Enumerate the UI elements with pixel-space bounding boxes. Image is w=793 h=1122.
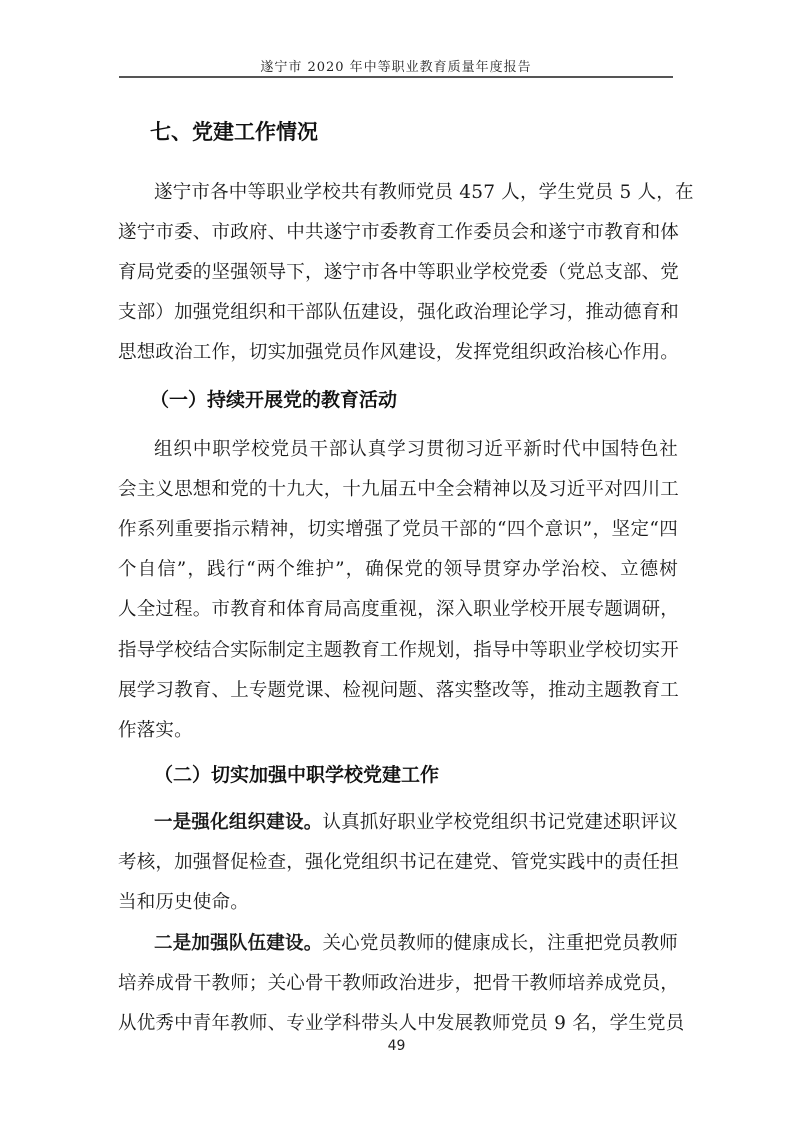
paragraph-line: 展学习教育、上专题党课、检视问题、落实整改等，推动主题教育工 — [118, 676, 678, 702]
paragraph-line: 遂宁市各中等职业学校共有教师党员 457 人，学生党员 5 人，在 — [154, 178, 678, 204]
subsection-title-2: （二）切实加强中职学校党建工作 — [154, 760, 439, 787]
item1-lead: 一是强化组织建设。 — [154, 812, 322, 833]
header-rule — [119, 76, 673, 78]
item1-text: 认真抓好职业学校党组织书记党建述职评议 — [322, 812, 678, 833]
paragraph-line: 人全过程。市教育和体育局高度重视，深入职业学校开展专题调研， — [118, 595, 678, 621]
paragraph-line: 培养成骨干教师；关心骨干教师政治进步，把骨干教师培养成党员， — [118, 969, 678, 995]
paragraph-line: 从优秀中青年教师、专业学科带头人中发展教师党员 9 名，学生党员 — [118, 1009, 678, 1035]
paragraph-line-item1: 一是强化组织建设。认真抓好职业学校党组织书记党建述职评议 — [154, 808, 678, 834]
running-header: 遂宁市 2020 年中等职业教育质量年度报告 — [120, 56, 672, 75]
paragraph-line: 育局党委的坚强领导下，遂宁市各中等职业学校党委（党总支部、党 — [118, 258, 678, 284]
paragraph-line: 考核，加强督促检查，强化党组织书记在建党、管党实践中的责任担 — [118, 848, 678, 874]
section-title: 七、党建工作情况 — [150, 116, 318, 146]
paragraph-line: 个自信”，践行“两个维护”，确保党的领导贯穿办学治校、立德树 — [118, 555, 678, 581]
paragraph-line: 思想政治工作，切实加强党员作风建设，发挥党组织政治核心作用。 — [118, 338, 678, 364]
paragraph-line: 当和历史使命。 — [118, 888, 678, 914]
paragraph-line: 支部）加强党组织和干部队伍建设，强化政治理论学习，推动德育和 — [118, 298, 678, 324]
subsection-title-1: （一）持续开展党的教育活动 — [150, 385, 397, 412]
page-number: 49 — [0, 1038, 793, 1054]
paragraph-line: 指导学校结合实际制定主题教育工作规划，指导中等职业学校切实开 — [118, 636, 678, 662]
paragraph-line: 会主义思想和党的十九大，十九届五中全会精神以及习近平对四川工 — [118, 475, 678, 501]
paragraph-line: 作落实。 — [118, 716, 678, 742]
paragraph-line: 组织中职学校党员干部认真学习贯彻习近平新时代中国特色社 — [154, 435, 678, 461]
item2-text: 关心党员教师的健康成长，注重把党员教师 — [322, 933, 678, 954]
paragraph-line: 遂宁市委、市政府、中共遂宁市委教育工作委员会和遂宁市教育和体 — [118, 218, 678, 244]
paragraph-line: 作系列重要指示精神，切实增强了党员干部的“四个意识”，坚定“四 — [118, 515, 678, 541]
paragraph-line-item2: 二是加强队伍建设。关心党员教师的健康成长，注重把党员教师 — [154, 929, 678, 955]
item2-lead: 二是加强队伍建设。 — [154, 933, 322, 954]
